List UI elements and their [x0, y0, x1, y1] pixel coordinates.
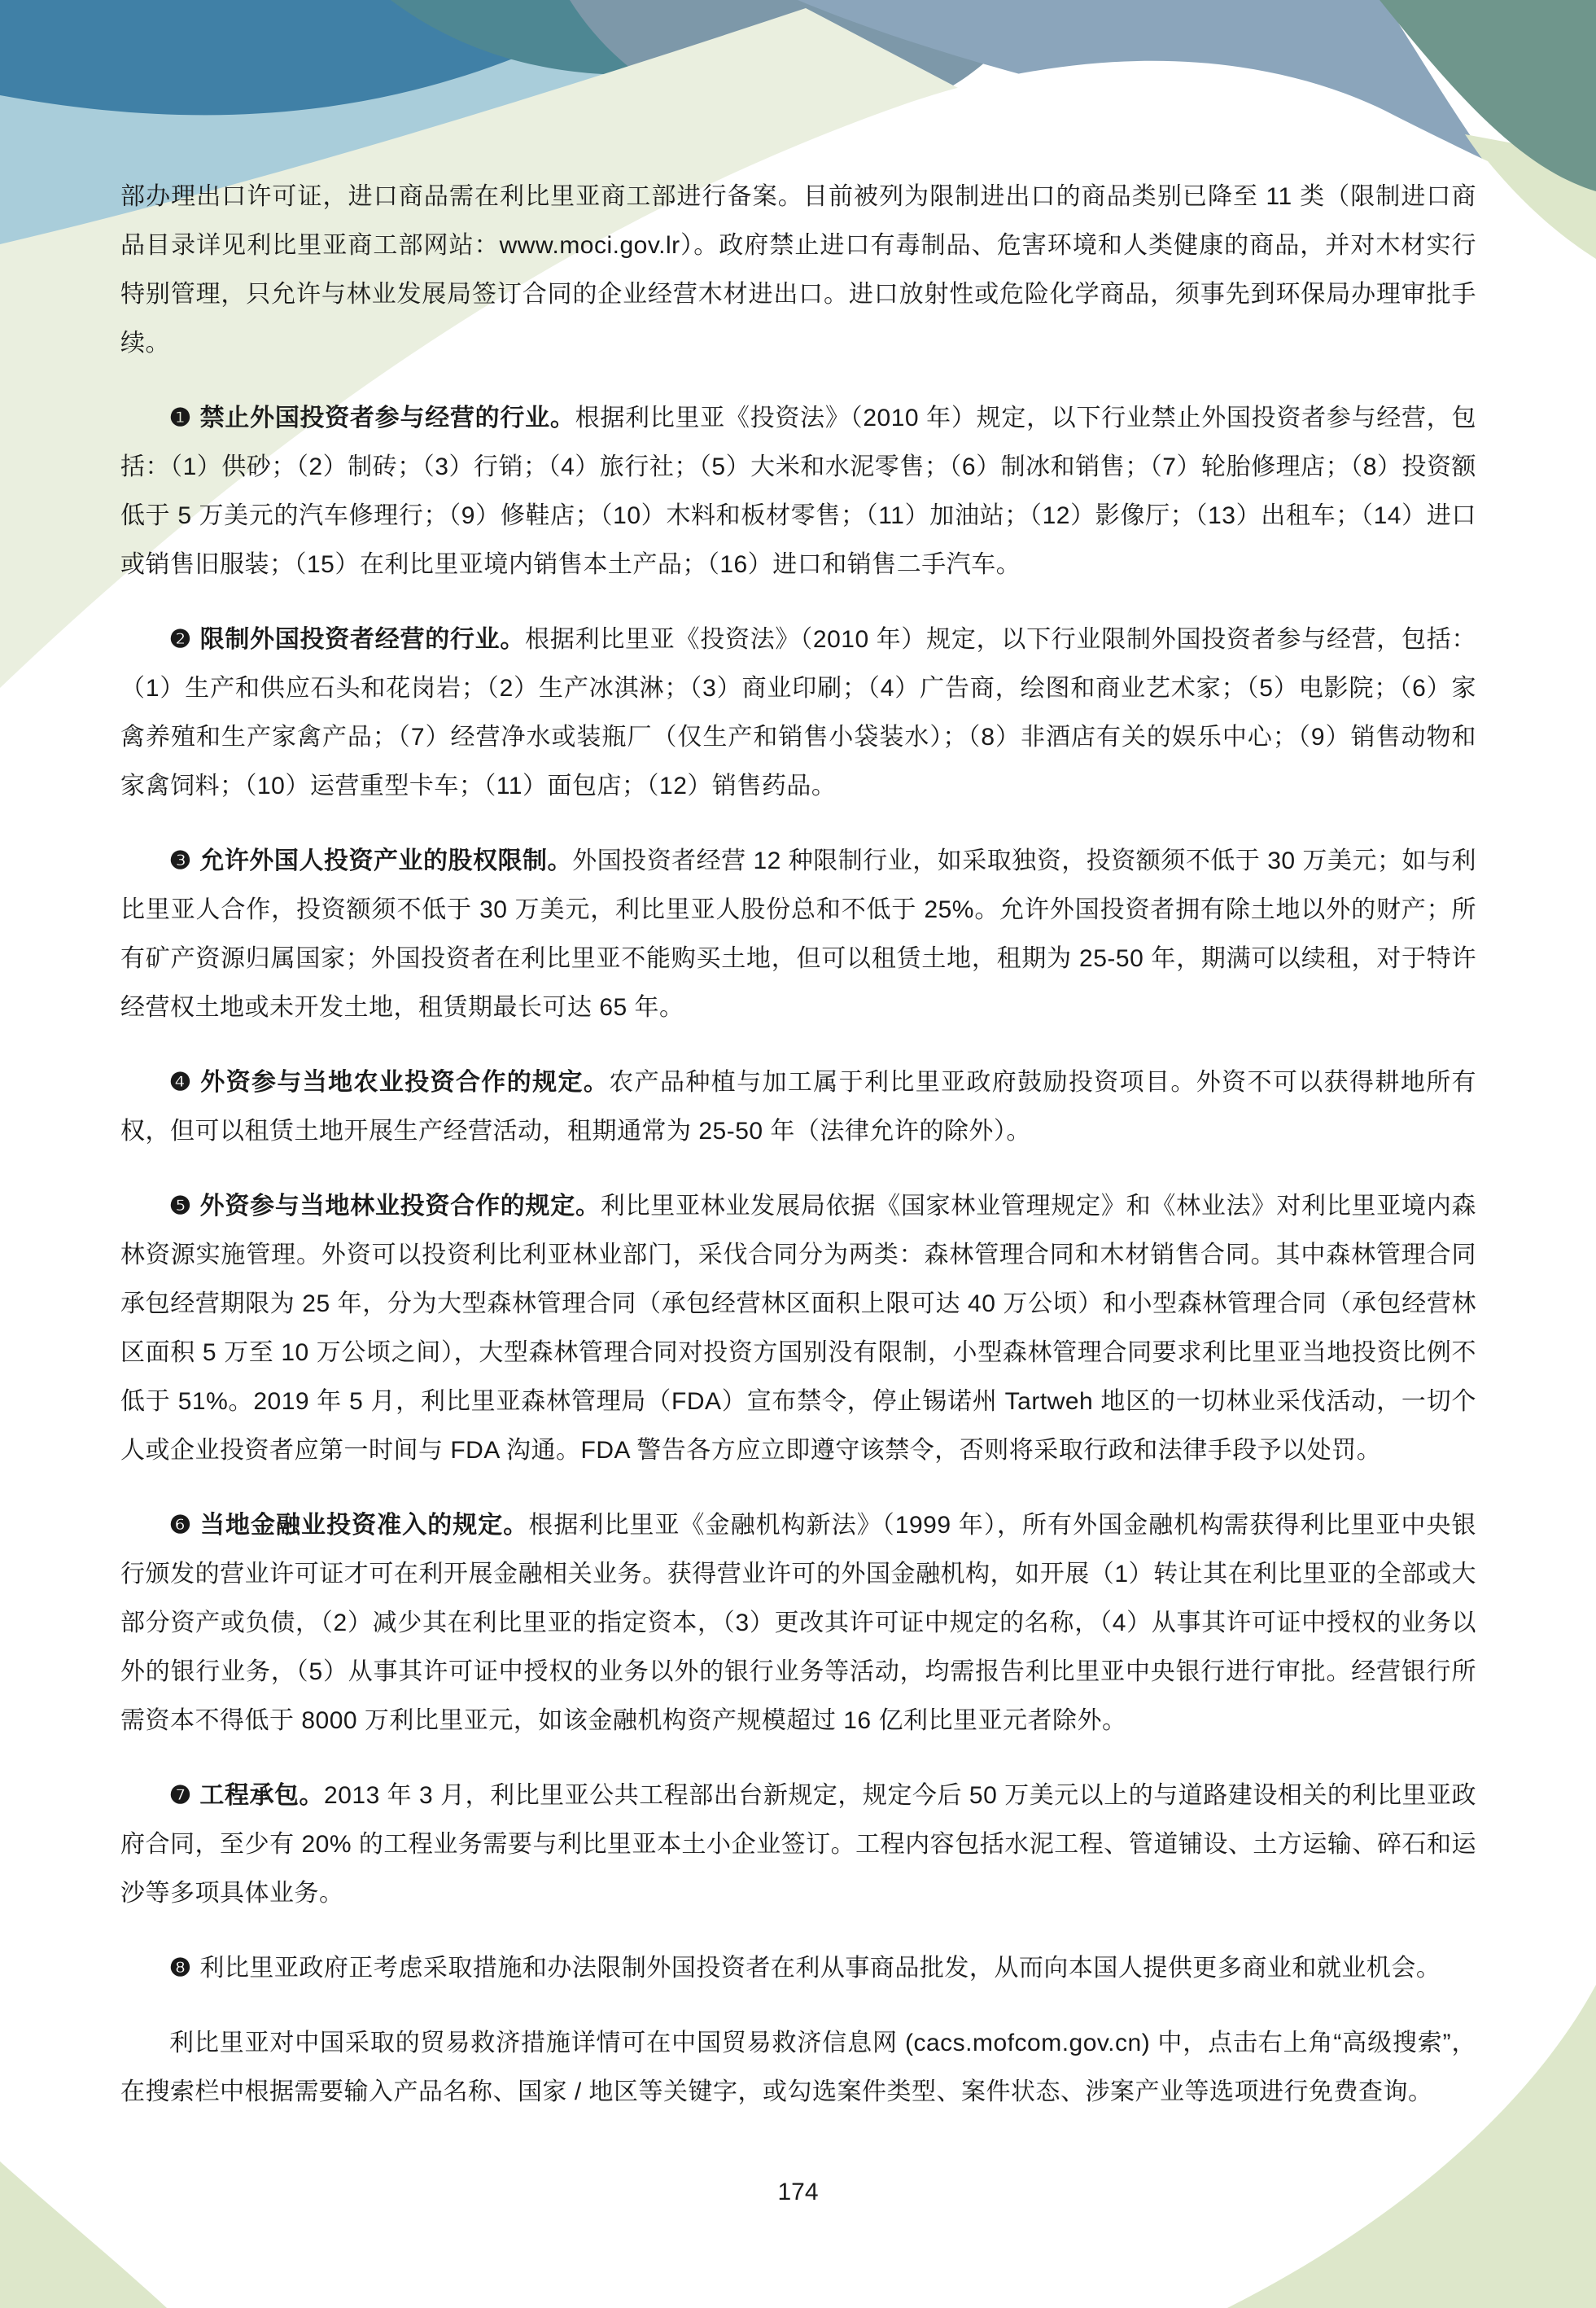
section-4-title: 外资参与当地农业投资合作的规定。: [200, 1069, 609, 1096]
section-5-title: 外资参与当地林业投资合作的规定。: [200, 1193, 601, 1220]
intro-paragraph: 部办理出口许可证，进口商品需在利比里亚商工部进行备案。目前被列为限制进出口的商品…: [120, 173, 1476, 368]
section-8-body: 利比里亚政府正考虑采取措施和办法限制外国投资者在利从事商品批发，从而向本国人提供…: [199, 1955, 1441, 1982]
section-1-marker: ❶: [169, 405, 192, 431]
section-5-body: 利比里亚林业发展局依据《国家林业管理规定》和《林业法》对利比里亚境内森林资源实施…: [120, 1193, 1476, 1464]
page-number: 174: [0, 2179, 1596, 2206]
section-4-marker: ❹: [169, 1069, 192, 1096]
section-3-marker: ❸: [169, 847, 191, 874]
section-6: ❻当地金融业投资准入的规定。根据利比里亚《金融机构新法》（1999 年），所有外…: [120, 1501, 1476, 1745]
document-page: 部办理出口许可证，进口商品需在利比里亚商工部进行备案。目前被列为限制进出口的商品…: [0, 0, 1596, 2308]
section-3-title: 允许外国人投资产业的股权限制。: [199, 847, 572, 874]
section-1-title: 禁止外国投资者参与经营的行业。: [200, 405, 575, 431]
section-7-body: 2013 年 3 月，利比里亚公共工程部出台新规定，规定今后 50 万美元以上的…: [120, 1782, 1476, 1907]
closing-paragraph: 利比里亚对中国采取的贸易救济措施详情可在中国贸易救济信息网 (cacs.mofc…: [120, 2019, 1476, 2117]
section-7-title: 工程承包。: [199, 1782, 324, 1809]
section-1: ❶禁止外国投资者参与经营的行业。根据利比里亚《投资法》（2010 年）规定，以下…: [120, 394, 1476, 589]
section-8-marker: ❽: [169, 1955, 191, 1982]
section-4: ❹外资参与当地农业投资合作的规定。农产品种植与加工属于利比里亚政府鼓励投资项目。…: [120, 1058, 1476, 1156]
section-6-title: 当地金融业投资准入的规定。: [200, 1512, 528, 1539]
section-8: ❽利比里亚政府正考虑采取措施和办法限制外国投资者在利从事商品批发，从而向本国人提…: [120, 1944, 1476, 1993]
section-7-marker: ❼: [169, 1782, 191, 1809]
section-2-marker: ❷: [169, 626, 192, 653]
section-6-marker: ❻: [169, 1512, 192, 1539]
section-5: ❺外资参与当地林业投资合作的规定。利比里亚林业发展局依据《国家林业管理规定》和《…: [120, 1182, 1476, 1475]
section-5-marker: ❺: [169, 1193, 192, 1220]
section-6-body: 根据利比里亚《金融机构新法》（1999 年），所有外国金融机构需获得利比里亚中央…: [120, 1512, 1476, 1734]
section-2-title: 限制外国投资者经营的行业。: [200, 626, 526, 653]
section-7: ❼工程承包。2013 年 3 月，利比里亚公共工程部出台新规定，规定今后 50 …: [120, 1772, 1476, 1918]
section-2: ❷限制外国投资者经营的行业。根据利比里亚《投资法》（2010 年）规定，以下行业…: [120, 615, 1476, 811]
page-body-text: 部办理出口许可证，进口商品需在利比里亚商工部进行备案。目前被列为限制进出口的商品…: [120, 173, 1476, 2143]
section-3: ❸允许外国人投资产业的股权限制。外国投资者经营 12 种限制行业，如采取独资，投…: [120, 837, 1476, 1032]
